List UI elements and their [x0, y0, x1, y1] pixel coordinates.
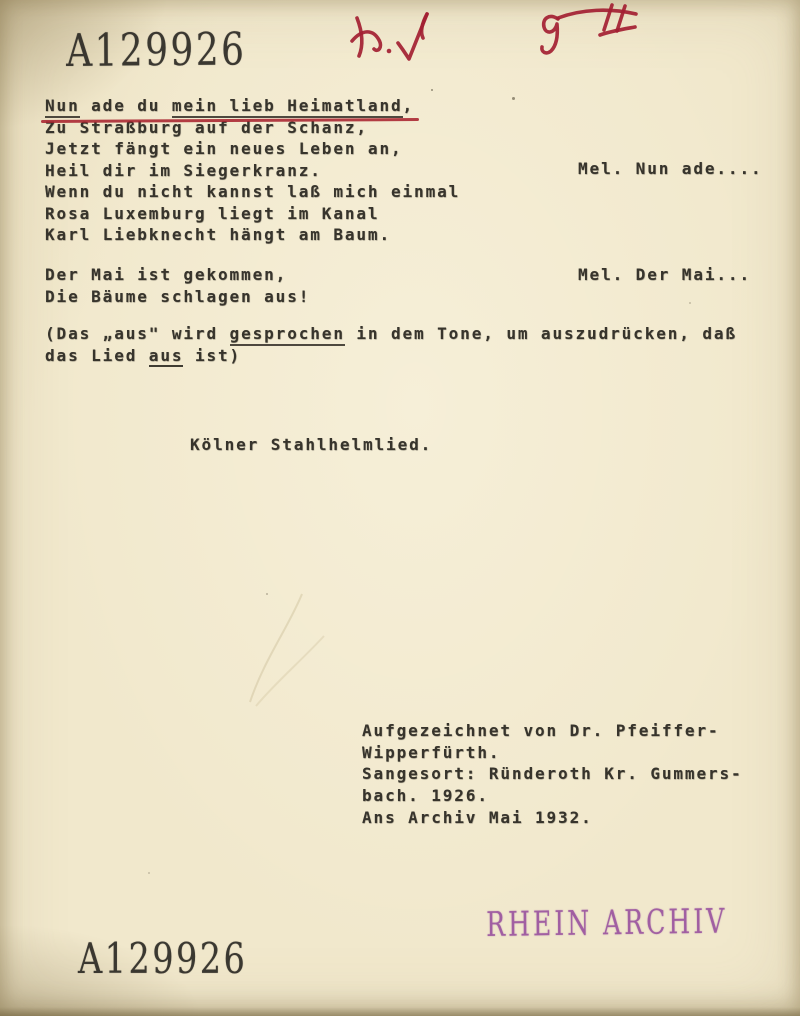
underlined-text: aus [149, 346, 184, 368]
paper-speck [689, 302, 691, 304]
song-line: Nun ade du mein lieb Heimatland, [45, 95, 460, 117]
provenance-line: Wipperfürth. [362, 742, 743, 764]
provenance-line: Ans Archiv Mai 1932. [362, 807, 743, 829]
archive-number-stamp-bottom: A129926 [78, 938, 247, 980]
provenance-line: Aufgezeichnet von Dr. Pfeiffer- [362, 720, 743, 742]
song-line: Rosa Luxemburg liegt im Kanal [45, 203, 460, 225]
song-line: Wenn du nicht kannst laß mich einmal [45, 181, 460, 203]
paper-speck [148, 872, 150, 874]
provenance-line: bach. 1926. [362, 785, 743, 807]
provenance-line: Sangesort: Ründeroth Kr. Gummers- [362, 763, 743, 785]
handwritten-mark-kv [348, 5, 444, 65]
song-line: Die Bäume schlagen aus! [45, 286, 310, 308]
rhein-archiv-stamp: RHEIN ARCHIV [486, 905, 727, 942]
song2-verse: Der Mai ist gekommen, Die Bäume schlagen… [45, 264, 310, 307]
provenance-block: Aufgezeichnet von Dr. Pfeiffer- Wipperfü… [362, 720, 743, 828]
handwritten-mark-g2 [536, 3, 640, 57]
performance-note: (Das „aus" wird gesprochen in dem Tone, … [45, 323, 737, 366]
paper-speck [431, 89, 433, 91]
document-page: A129926 Nun ade du mein lieb Heimatland,… [0, 0, 800, 1016]
melody-reference-1: Mel. Nun ade.... [578, 159, 763, 178]
paper-edge-bottom [0, 1007, 800, 1016]
paper-speck [512, 97, 515, 100]
song-line: Der Mai ist gekommen, [45, 264, 310, 286]
underlined-text: gesprochen [230, 324, 345, 346]
song-title: Kölner Stahlhelmlied. [190, 435, 432, 454]
text-segment: ade du [80, 96, 172, 115]
song-line: Karl Liebknecht hängt am Baum. [45, 224, 460, 246]
text-segment: ist) [183, 346, 241, 365]
text-segment: , [403, 96, 415, 115]
underlined-text: Nun [45, 96, 80, 118]
underlined-text: mein lieb Heimatland [172, 96, 403, 118]
song-line: Jetzt fängt ein neues Leben an, [45, 138, 460, 160]
text-segment: (Das „aus" wird [45, 324, 230, 343]
text-segment: in dem Tone, um auszudrücken, daß [345, 324, 737, 343]
note-line: (Das „aus" wird gesprochen in dem Tone, … [45, 323, 737, 345]
note-line: das Lied aus ist) [45, 345, 737, 367]
melody-reference-2: Mel. Der Mai... [578, 265, 751, 284]
paper-speck [266, 593, 268, 595]
song-line: Heil dir im Siegerkranz. [45, 160, 460, 182]
text-segment: das Lied [45, 346, 149, 365]
archive-number-stamp-top: A129926 [66, 26, 246, 73]
